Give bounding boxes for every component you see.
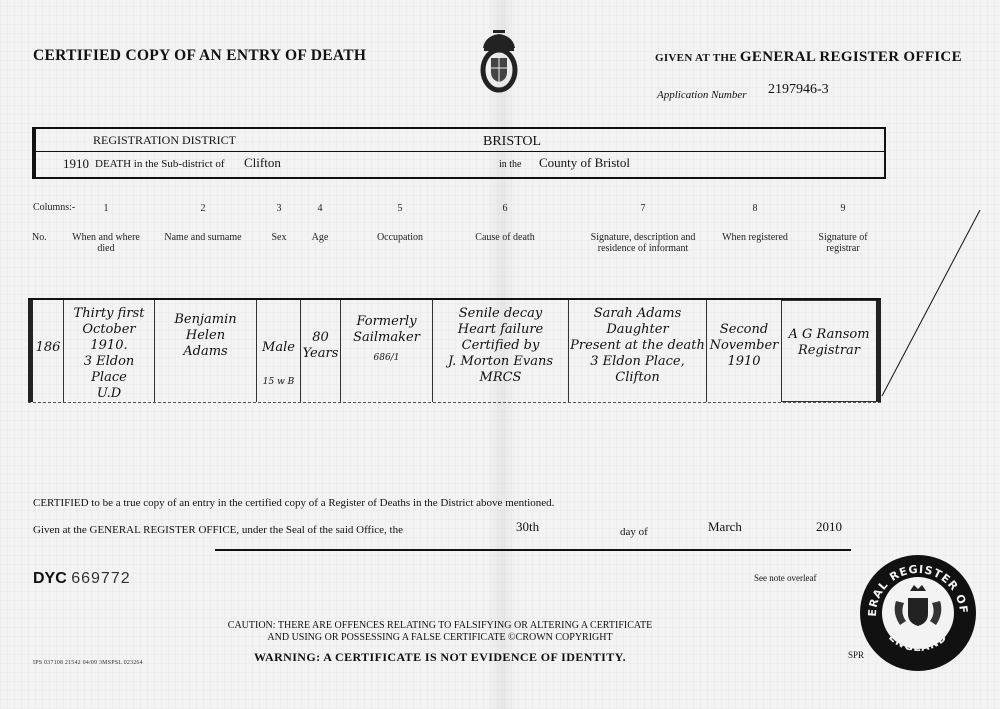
column-number: 6: [475, 203, 535, 214]
c-occ-line: Sailmaker: [341, 330, 432, 346]
document-title: CERTIFIED COPY OF AN ENTRY OF DEATH: [33, 47, 366, 65]
registration-district: BRISTOL: [483, 134, 541, 150]
c-inf-line: Sarah Adams: [569, 306, 706, 322]
c-when-line: Thirty first: [64, 306, 154, 322]
in-the-label: in the: [499, 159, 522, 170]
informant: Sarah AdamsDaughterPresent at the death3…: [568, 300, 706, 402]
age: 80Years: [300, 300, 340, 402]
c-inf-line: Present at the death: [569, 338, 706, 354]
c-cause-line: Heart failure: [433, 322, 568, 338]
c-reg-line: November: [707, 338, 781, 354]
see-note-overleaf: See note overleaf: [754, 573, 816, 583]
given-statement: Given at the GENERAL REGISTER OFFICE, un…: [33, 524, 403, 536]
serial-prefix: DYC: [33, 570, 67, 587]
given-at-office: GIVEN AT THE GENERAL REGISTER OFFICE: [655, 49, 962, 66]
death-in-label: DEATH in the Sub-district of: [95, 158, 225, 170]
entry-number: 186: [33, 300, 63, 402]
caution-line-1: CAUTION: THERE ARE OFFENCES RELATING TO …: [160, 620, 720, 632]
print-code: IPS 037108 21542 04/09 3MSPSL 023264: [33, 660, 143, 666]
registrar-signature: A G RansomRegistrar: [781, 300, 876, 402]
c-cause-line: Senile decay: [433, 306, 568, 322]
c-inf-line: Daughter: [569, 322, 706, 338]
caution-notice: CAUTION: THERE ARE OFFENCES RELATING TO …: [160, 620, 720, 644]
c-inf-line: Clifton: [569, 370, 706, 386]
day-of-label: day of: [620, 526, 648, 538]
column-number: 5: [370, 203, 430, 214]
column-header: No.: [32, 232, 62, 243]
when-where-died: Thirty firstOctober1910.3 Eldon PlaceU.D: [63, 300, 154, 402]
given-prefix: GIVEN AT THE: [655, 52, 737, 64]
application-number-label: Application Number: [657, 89, 747, 101]
certified-year: 2010: [816, 519, 842, 535]
c-reg-line: Second: [707, 322, 781, 338]
application-number: 2197946-3: [768, 82, 829, 98]
column-number: 7: [613, 203, 673, 214]
warning-notice: WARNING: A CERTIFICATE IS NOT EVIDENCE O…: [160, 650, 720, 665]
columns-label: Columns:-: [33, 202, 75, 213]
registration-district-label: REGISTRATION DISTRICT: [93, 133, 236, 148]
certified-day: 30th: [516, 519, 539, 535]
c-when-line: 3 Eldon Place: [64, 354, 154, 386]
c-name-line: Benjamin: [155, 312, 256, 328]
c-inf-line: 3 Eldon Place,: [569, 354, 706, 370]
column-header: Signature of registrar: [803, 232, 883, 254]
royal-crest-icon: [475, 28, 523, 94]
certified-statement: CERTIFIED to be a true copy of an entry …: [33, 497, 554, 509]
gro-seal-icon: GENERAL REGISTER OFFICE ENGLAND: [858, 553, 978, 673]
caution-line-2: AND USING OR POSSESSING A FALSE CERTIFIC…: [160, 632, 720, 644]
column-header: When and where died: [66, 232, 146, 254]
column-header: Name and surname: [163, 232, 243, 243]
column-header: Occupation: [360, 232, 440, 243]
column-header: When registered: [715, 232, 795, 243]
column-number: 2: [173, 203, 233, 214]
occupation: FormerlySailmaker 686/1: [340, 300, 432, 402]
sub-district: Clifton: [244, 155, 281, 171]
signature-rule: [215, 549, 851, 551]
sex-note: 15 w B: [257, 374, 300, 390]
given-office: GENERAL REGISTER OFFICE: [740, 49, 962, 65]
cancellation-line: [880, 210, 1000, 410]
c-age-line: Years: [301, 346, 340, 362]
occupation-note: 686/1: [341, 350, 432, 366]
c-reg-line: 1910: [707, 354, 781, 370]
serial-number: 669772: [71, 570, 130, 587]
column-number: 1: [76, 203, 136, 214]
spr-code: SPR: [848, 650, 864, 660]
sex: Male 15 w B: [256, 300, 300, 402]
c-when-line: October: [64, 322, 154, 338]
c-when-line: 1910.: [64, 338, 154, 354]
certificate-serial: DYC 669772: [33, 570, 131, 588]
deceased-name: BenjaminHelenAdams: [154, 300, 256, 402]
c-when-line: U.D: [64, 386, 154, 402]
register-entry-row: 186 Thirty firstOctober1910.3 Eldon Plac…: [28, 298, 881, 403]
c-cause-line: MRCS: [433, 370, 568, 386]
c-rgr-line: A G Ransom: [782, 327, 876, 343]
column-number: 9: [813, 203, 873, 214]
c-occ-line: Formerly: [341, 314, 432, 330]
county: County of Bristol: [539, 155, 630, 171]
c-name-line: Adams: [155, 344, 256, 360]
column-number: 8: [725, 203, 785, 214]
column-number: 4: [290, 203, 350, 214]
death-year: 1910: [63, 156, 89, 172]
column-header: Signature, description and residence of …: [578, 232, 708, 254]
column-header: Cause of death: [465, 232, 545, 243]
c-rgr-line: Registrar: [782, 343, 876, 359]
c-age-line: 80: [301, 330, 340, 346]
column-header: Age: [280, 232, 360, 243]
when-registered: SecondNovember1910: [706, 300, 781, 402]
certified-month: March: [708, 519, 742, 535]
c-cause-line: J. Morton Evans: [433, 354, 568, 370]
sex-value: Male: [262, 340, 295, 355]
c-cause-line: Certified by: [433, 338, 568, 354]
c-name-line: Helen: [155, 328, 256, 344]
cause-of-death: Senile decayHeart failureCertified byJ. …: [432, 300, 568, 402]
